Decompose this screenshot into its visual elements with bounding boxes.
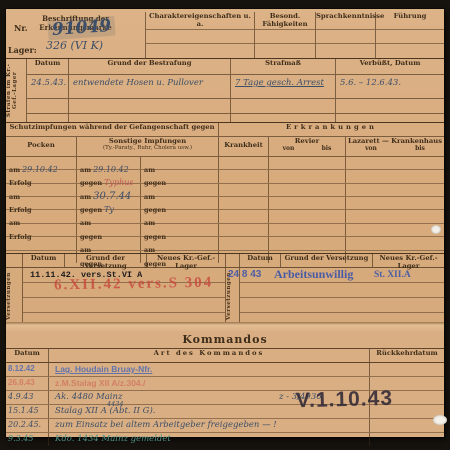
vaccination-row: am29.10.42 am29.10.42 am bbox=[6, 157, 444, 170]
kommando-date: 4.9.43 bbox=[6, 391, 48, 404]
kommando-entry: Lag. Houdain Bruay-Nfr. bbox=[48, 363, 369, 376]
bis-label: bis bbox=[415, 145, 425, 152]
vaccination-row: Erfolg gegenTy gegen bbox=[6, 197, 444, 210]
col-header-datum: Datum bbox=[22, 254, 64, 267]
punishments-col-date: Datum 24.5.43. bbox=[26, 59, 68, 122]
vaccinations-title: Schutzimpfungen während der Gefangenscha… bbox=[6, 123, 218, 136]
krankheit-cell bbox=[218, 237, 268, 249]
kommando-entry: zum Einsatz bei altem Arbeitgeber freige… bbox=[48, 419, 369, 432]
col-header-grund: Grund der Versetzung bbox=[280, 254, 372, 267]
kommando-date: 8.12.42 bbox=[6, 363, 48, 376]
col-header-strafmass: Strafmaß bbox=[231, 59, 335, 75]
col-header-datum: Datum bbox=[27, 59, 68, 75]
col-header-pocken: Pocken bbox=[6, 137, 76, 156]
krankheit-cell bbox=[218, 157, 268, 169]
punishments-side-label-cell: Strafen im Kr.-Gef.-Lager bbox=[6, 59, 26, 122]
lazarett-label: Lazarett — Krankenhaus bbox=[346, 137, 444, 145]
sonstige-b-cell: am bbox=[140, 210, 218, 222]
nr-label: Nr. bbox=[14, 23, 28, 33]
col-header-grund: Grund der Versetzung bbox=[64, 254, 146, 267]
pocken-cell: Erfolg bbox=[6, 224, 76, 236]
rule-line bbox=[316, 29, 375, 30]
rule-line bbox=[316, 43, 375, 44]
punishments-col-served: Verbüßt, Datum 5.6. – 12.6.43. bbox=[335, 59, 444, 122]
rule-line bbox=[146, 29, 254, 30]
revier-cell bbox=[268, 197, 345, 209]
lazarett-cell bbox=[345, 157, 444, 169]
col-header-art: Art des Kommandos bbox=[48, 349, 369, 362]
empty-row bbox=[69, 99, 230, 114]
sonstige-b-cell: am bbox=[140, 237, 218, 249]
revier-label: Revier bbox=[269, 137, 345, 145]
traits-col-character: Charaktereigenschaften u. a. bbox=[145, 12, 254, 58]
punishment-sentence: 7 Tage gesch. Arrest bbox=[231, 75, 335, 99]
sonstige-b-cell: am bbox=[140, 184, 218, 196]
vaccination-row: am am bbox=[6, 237, 444, 250]
camp-number: 326 (VI K) bbox=[46, 39, 103, 52]
transfer-date-stamp: 24 8 43 bbox=[228, 269, 261, 280]
traits-header: Besond. Fähigkeiten bbox=[255, 12, 315, 28]
sonstige-a-cell: am bbox=[76, 237, 140, 249]
traits-header: Sprachkenntnisse bbox=[316, 12, 375, 20]
col-header-lazarett: Lazarett — Krankenhaus vonbis bbox=[345, 137, 444, 156]
pocken-cell: am bbox=[6, 184, 76, 196]
kommando-entry: Kdo. 1434 Mainz gemeldet bbox=[48, 433, 369, 446]
sonstige-sublabel: (Ty.-Paraty., Ruhr, Cholera usw.) bbox=[77, 145, 218, 151]
krankheit-cell bbox=[218, 224, 268, 236]
empty-row bbox=[27, 99, 68, 114]
vaccination-row: am am30.7.44 am bbox=[6, 184, 444, 197]
col-header-krankheit: Krankheit bbox=[218, 137, 268, 156]
pocken-cell: Erfolg bbox=[6, 197, 76, 209]
spacer bbox=[225, 254, 239, 267]
rule-line bbox=[376, 43, 444, 44]
scanned-pow-record-card: Beschriftung der Erkennungsmarke Nr. 910… bbox=[0, 0, 450, 450]
transfer-reason-stamp: Arbeitsunwillig bbox=[274, 267, 353, 282]
kommando-text: Stalag XII A (Abt. II G). bbox=[55, 406, 156, 416]
return-date-cell bbox=[369, 363, 444, 376]
revier-cell bbox=[268, 157, 345, 169]
date-stamp-v11043: V.1.10.43 bbox=[296, 387, 394, 414]
pocken-cell: Erfolg bbox=[6, 170, 76, 182]
lazarett-cell bbox=[345, 210, 444, 222]
card-gap bbox=[6, 322, 444, 331]
prisoner-number: 91049 bbox=[47, 16, 115, 41]
col-header-rueckkehr: Rückkehrdatum bbox=[369, 349, 444, 362]
lazarett-cell bbox=[345, 224, 444, 236]
transfers-section: Datum Grund der Versetzung Neues Kr.-Gef… bbox=[6, 253, 444, 322]
bis-label: bis bbox=[322, 145, 332, 152]
punch-hole bbox=[431, 225, 441, 234]
col-header-lager: Neues Kr.-Gef.-Lager bbox=[146, 254, 225, 267]
transfer-row bbox=[240, 283, 444, 298]
lazarett-cell bbox=[345, 237, 444, 249]
punishments-col-sentence: Strafmaß 7 Tage gesch. Arrest bbox=[230, 59, 335, 122]
punishment-reason: entwendete Hosen u. Pullover bbox=[69, 75, 230, 99]
col-header-grund: Grund der Bestrafung bbox=[69, 59, 230, 75]
record-card: Beschriftung der Erkennungsmarke Nr. 910… bbox=[6, 9, 444, 437]
revier-cell bbox=[268, 170, 345, 182]
traits-col-conduct: Führung bbox=[375, 12, 444, 58]
sonstige-b-cell: gegen bbox=[140, 224, 218, 236]
krankheit-cell bbox=[218, 210, 268, 222]
revier-cell bbox=[268, 237, 345, 249]
return-date-cell bbox=[369, 433, 444, 446]
sonstige-a-cell: gegenTy bbox=[76, 197, 140, 209]
lazarett-cell bbox=[345, 184, 444, 196]
col-header-datum: Datum bbox=[239, 254, 280, 267]
krankheit-cell bbox=[218, 197, 268, 209]
sonstige-a-cell: gegenTyphus bbox=[76, 170, 140, 182]
illnesses-title: Erkrankungen bbox=[218, 123, 444, 136]
traits-col-languages: Sprachkenntnisse bbox=[315, 12, 375, 58]
kommando-row: 8.12.42 Lag. Houdain Bruay-Nfr. bbox=[6, 363, 444, 377]
kommando-date: 26.8.43 bbox=[6, 377, 48, 390]
transfer-stamp-red: 6.XII.42 vers.S 304 bbox=[54, 275, 214, 295]
traits-header: Führung bbox=[376, 12, 444, 20]
krankheit-cell bbox=[218, 170, 268, 182]
spacer bbox=[6, 254, 22, 267]
sonstige-a-cell: am30.7.44 bbox=[76, 184, 140, 196]
vaccination-row: Erfolg gegenTyphus gegen bbox=[6, 170, 444, 183]
kommando-superscript: 4434 bbox=[107, 400, 124, 408]
kommando-date: 20.2.45. bbox=[6, 419, 48, 432]
rule-line bbox=[146, 43, 254, 44]
traits-table: Charaktereigenschaften u. a. Besond. Fäh… bbox=[145, 12, 444, 58]
revier-cell bbox=[268, 184, 345, 196]
col-header-sonstige: Sonstige Impfungen (Ty.-Paraty., Ruhr, C… bbox=[76, 137, 218, 156]
punch-hole bbox=[433, 415, 447, 425]
pocken-cell bbox=[6, 237, 76, 249]
sonstige-a-cell: am29.10.42 bbox=[76, 157, 140, 169]
kommando-date: 15.1.45 bbox=[6, 405, 48, 418]
col-header-revier: Revier vonbis bbox=[268, 137, 345, 156]
transfer-row bbox=[240, 298, 444, 313]
pocken-cell: am29.10.42 bbox=[6, 157, 76, 169]
traits-col-abilities: Besond. Fähigkeiten bbox=[254, 12, 315, 58]
sonstige-label: Sonstige Impfungen bbox=[77, 137, 218, 145]
vaccination-row: am am am bbox=[6, 210, 444, 223]
sonstige-b-cell: am bbox=[140, 157, 218, 169]
krankheit-cell bbox=[218, 184, 268, 196]
vaccinations-illnesses-section: Schutzimpfungen während der Gefangenscha… bbox=[6, 122, 444, 253]
transfers-side-label-cell: Versetzungen bbox=[6, 268, 22, 324]
punishments-side-label: Strafen im Kr.-Gef.-Lager bbox=[6, 59, 24, 121]
rule-line bbox=[376, 29, 444, 30]
rule-line bbox=[255, 43, 315, 44]
traits-header: Charaktereigenschaften u. a. bbox=[146, 12, 254, 28]
sonstige-a-cell: gegen bbox=[76, 224, 140, 236]
von-label: von bbox=[283, 145, 295, 152]
rule-line bbox=[255, 29, 315, 30]
id-tag-box: Beschriftung der Erkennungsmarke Nr. 910… bbox=[6, 12, 145, 58]
punishments-section: Strafen im Kr.-Gef.-Lager Datum 24.5.43.… bbox=[6, 58, 444, 122]
transfer-newcamp-stamp: St. XII.A bbox=[374, 270, 411, 280]
empty-row bbox=[231, 99, 335, 114]
lazarett-cell bbox=[345, 170, 444, 182]
von-label: von bbox=[365, 145, 377, 152]
kommandos-section: Kommandos Datum Art des Kommandos Rückke… bbox=[6, 331, 444, 437]
sonstige-b-cell: gegen bbox=[140, 197, 218, 209]
col-header-lager: Neues Kr.-Gef.-Lager bbox=[372, 254, 444, 267]
col-header-datum: Datum bbox=[6, 349, 48, 362]
punishment-served: 5.6. – 12.6.43. bbox=[336, 75, 444, 99]
revier-cell bbox=[268, 210, 345, 222]
kommando-row: 9.3.45 Kdo. 1434 Mainz gemeldet bbox=[6, 433, 444, 446]
transfers-side-label: Versetzungen bbox=[6, 268, 20, 324]
revier-cell bbox=[268, 224, 345, 236]
lager-label: Lager: bbox=[8, 45, 37, 55]
transfer-row bbox=[23, 298, 225, 313]
punishment-date: 24.5.43. bbox=[27, 75, 68, 99]
sonstige-a-cell: am bbox=[76, 210, 140, 222]
kommando-row: 20.2.45. zum Einsatz bei altem Arbeitgeb… bbox=[6, 419, 444, 433]
col-header-verbuesst: Verbüßt, Datum bbox=[336, 59, 444, 75]
kommando-date: 9.3.45 bbox=[6, 433, 48, 446]
lazarett-cell bbox=[345, 197, 444, 209]
kommandos-title: Kommandos bbox=[6, 331, 444, 348]
sonstige-b-cell: gegen bbox=[140, 170, 218, 182]
pocken-cell: am bbox=[6, 210, 76, 222]
empty-row bbox=[336, 99, 444, 114]
vaccination-row: Erfolg gegen gegen bbox=[6, 224, 444, 237]
punishments-col-reason: Grund der Bestrafung entwendete Hosen u.… bbox=[68, 59, 230, 122]
